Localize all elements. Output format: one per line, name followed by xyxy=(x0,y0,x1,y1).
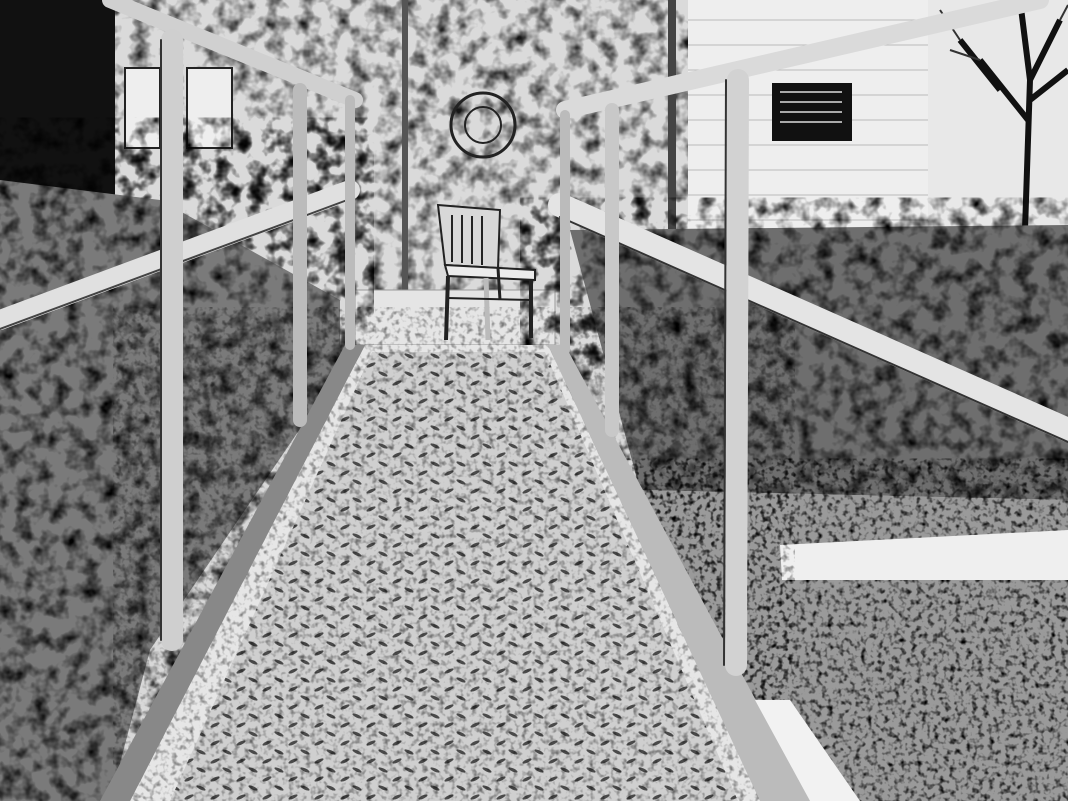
scene-svg xyxy=(0,0,1068,801)
poster-right xyxy=(187,68,232,148)
right-stone-wall xyxy=(570,225,1068,500)
photograph: High-contrast black and white photograph… xyxy=(0,0,1068,801)
bare-tree xyxy=(928,0,1068,230)
poster-left xyxy=(125,68,160,148)
dark-doorway xyxy=(0,0,115,200)
